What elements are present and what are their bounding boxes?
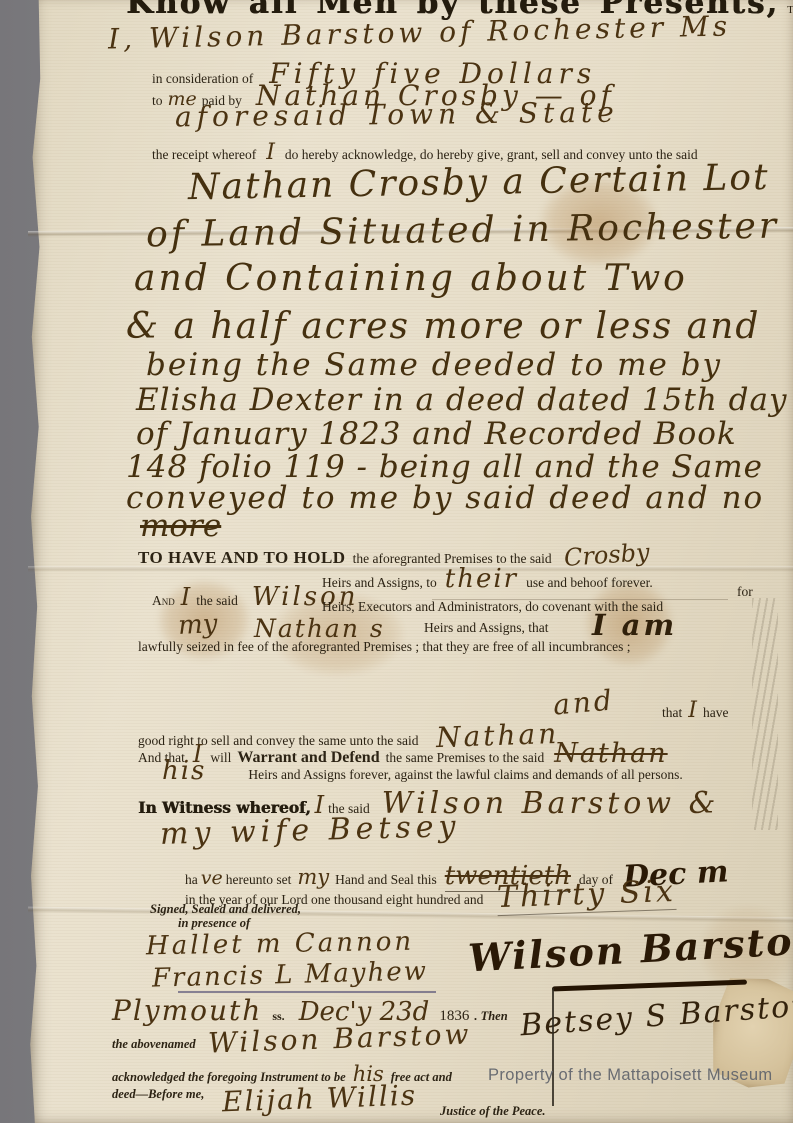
receipt-i-hand: I [266,140,275,165]
forever-label: Heirs and Assigns forever, against the l… [248,767,682,783]
my-hand: my [177,609,218,641]
verso-bleedthrough [752,598,778,830]
body-line: and Containing about Two [134,258,688,299]
body-line: of January 1823 and Recorded Book [136,416,737,452]
i-am-hand: I am [592,608,677,642]
for-label: for [737,584,753,600]
their-hand: their [445,564,518,594]
body-line: being the Same deeded to me by [146,347,722,383]
town-state-line: aforesaid Town & State [175,96,619,134]
body-line: & a half acres more or less and [126,306,760,347]
i-hand: I [181,583,190,611]
to-have-hold-label: TO HAVE AND TO HOLD [138,548,346,568]
body-line: conveyed to me by said deed and no [126,480,764,516]
justice-signature: Elijah Willis [221,1079,417,1119]
witness1-signature: Hallet m Cannon [146,927,415,962]
museum-watermark: Property of the Mattapoisett Museum [488,1066,773,1085]
abovenamed-hand: Wilson Barstow [207,1017,471,1059]
seized-line: lawfully seized in fee of the aforegrant… [138,639,631,655]
signed-sealed-label: Signed, Sealed and delivered, [150,902,301,917]
body-line: Elisha Dexter in a deed dated 15th day [136,382,788,418]
that-label: that [662,705,682,721]
divider-line [552,988,554,1106]
receipt-pre: the receipt whereof [152,147,256,163]
witness2-underline [178,991,436,993]
heirs1-post: use and behoof forever. [526,575,653,591]
body-line: more [140,508,221,544]
abovenamed-label: the abovenamed [112,1037,196,1052]
thirty-six-hand: Thirty Six [497,874,677,916]
that-i-have: that I have [662,698,728,723]
heirs2-label: Heirs and Assigns, that [424,620,549,636]
abovenamed-line: the abovenamed Wilson Barstow [112,1022,471,1055]
to-label: to [152,93,163,109]
forever-line: his Heirs and Assigns forever, against t… [162,756,683,786]
then-label: . Then [474,1009,507,1024]
before-me-label: deed—Before me, [112,1087,204,1102]
heading-that: That [787,4,793,16]
justice-label: Justice of the Peace. [440,1104,546,1119]
i-hand: I [688,698,697,723]
his-hand: his [162,756,206,786]
have-label: have [703,705,728,721]
deed-document-scan: Know all Men by these Presents, That I, … [0,0,793,1123]
and-interlined-hand: and [552,683,616,721]
and-label: And [152,593,175,609]
habendum-line2: Heirs and Assigns, to their use and beho… [322,564,653,594]
the-said-label: the said [196,593,238,609]
